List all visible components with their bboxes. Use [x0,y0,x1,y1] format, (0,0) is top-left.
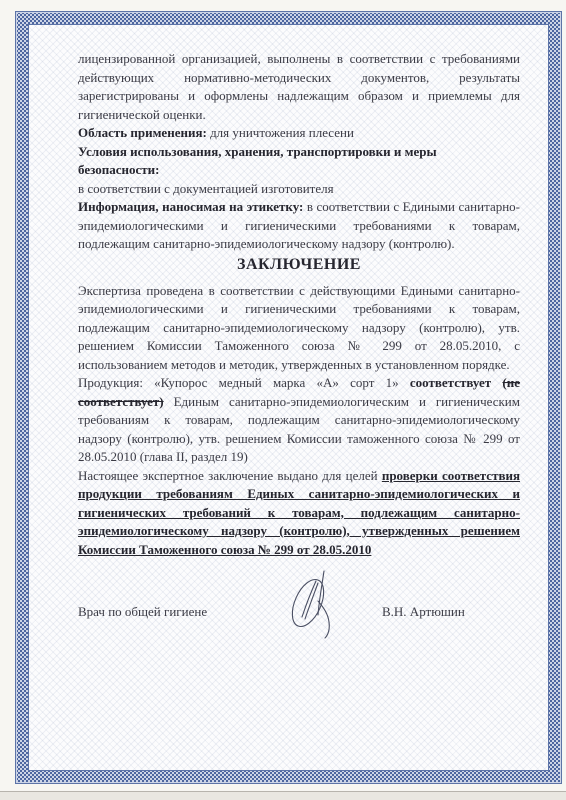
paragraph-expertise: Экспертиза проведена в соответствии с де… [78,282,520,375]
scope-label: Область применения: [78,125,207,140]
purpose-lead: Настоящее экспертное заключение выдано д… [78,468,378,483]
paragraph-intro: лицензированной организацией, выполнены … [78,50,520,124]
scope-line: Область применения: для уничтожения плес… [78,124,520,143]
signer-name: В.Н. Артюшин [382,603,465,622]
product-lead: Продукция: «Купорос медный марка «А» сор… [78,375,399,390]
signature-mark-icon [278,563,348,643]
signer-title: Врач по общей гигиене [78,603,207,622]
signature-block: Врач по общей гигиене В.Н. Артюшин [78,563,520,653]
product-conforms: соответствует [410,375,491,390]
document-content: лицензированной организацией, выполнены … [78,50,520,653]
conditions-label: Условия использования, хранения, транспо… [78,144,437,178]
paragraph-product: Продукция: «Купорос медный марка «А» сор… [78,374,520,467]
scanned-certificate-page: лицензированной организацией, выполнены … [0,0,566,792]
label-info-label: Информация, наносимая на этикетку: [78,199,303,214]
conditions-label-line: Условия использования, хранения, транспо… [78,143,520,180]
conclusion-heading: ЗАКЛЮЧЕНИЕ [78,254,520,276]
label-info-paragraph: Информация, наносимая на этикетку: в соо… [78,198,520,254]
scope-value: для уничтожения плесени [210,125,354,140]
conditions-value-line: в соответствии с документацией изготовит… [78,180,520,199]
paragraph-purpose: Настоящее экспертное заключение выдано д… [78,467,520,560]
conditions-value: в соответствии с документацией изготовит… [78,181,334,196]
